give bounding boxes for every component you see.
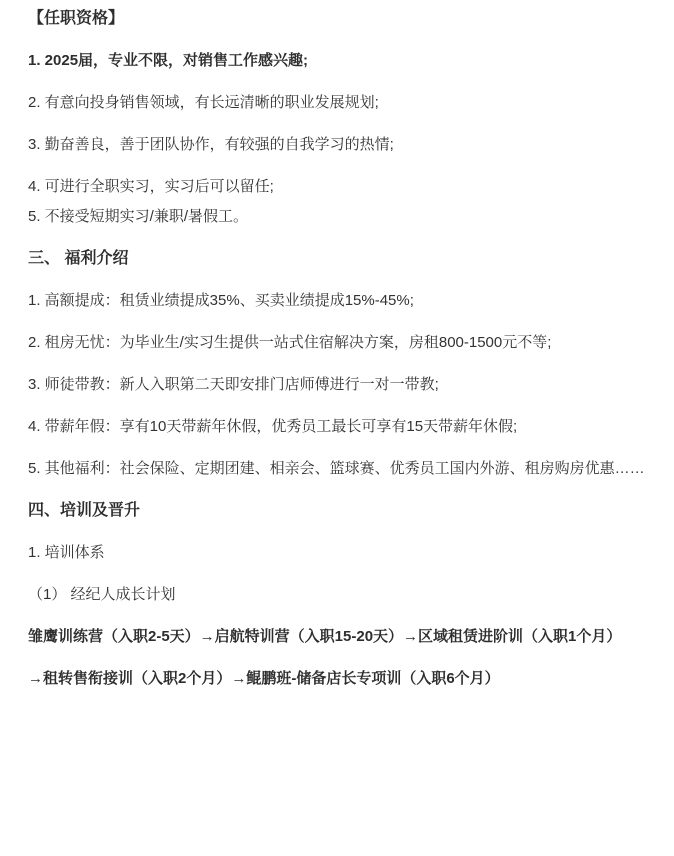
training-path-line-1: 雏鹰训练营（入职2-5天）→启航特训营（入职15-20天）→区域租赁进阶训（入职… xyxy=(28,622,650,652)
qualification-item-5: 5. 不接受短期实习/兼职/暑假工。 xyxy=(28,208,248,225)
qualifications-heading: 【任职资格】 xyxy=(28,4,650,34)
qualification-item-4: 4. 可进行全职实习，实习后可以留任; xyxy=(28,178,274,195)
qualification-items-4-5: 4. 可进行全职实习，实习后可以留任;5. 不接受短期实习/兼职/暑假工。 xyxy=(28,172,650,232)
benefit-item-5: 5. 其他福利：社会保险、定期团建、相亲会、篮球赛、优秀员工国内外游、租房购房优… xyxy=(28,454,650,484)
qualification-item-3: 3. 勤奋善良，善于团队协作，有较强的自我学习的热情; xyxy=(28,130,650,160)
training-heading: 四、培训及晋升 xyxy=(28,496,650,526)
training-item-2: （1） 经纪人成长计划 xyxy=(28,580,650,610)
benefit-item-1: 1. 高额提成：租赁业绩提成35%、买卖业绩提成15%-45%; xyxy=(28,286,650,316)
benefit-item-2: 2. 租房无忧：为毕业生/实习生提供一站式住宿解决方案，房租800-1500元不… xyxy=(28,328,650,358)
training-path-line-2: →租转售衔接训（入职2个月）→鲲鹏班-储备店长专项训（入职6个月） xyxy=(28,664,650,694)
qualification-item-1: 1. 2025届，专业不限，对销售工作感兴趣; xyxy=(28,46,650,76)
training-item-1: 1. 培训体系 xyxy=(28,538,650,568)
benefits-heading: 三、 福利介绍 xyxy=(28,244,650,274)
benefit-item-3: 3. 师徒带教：新人入职第二天即安排门店师傅进行一对一带教; xyxy=(28,370,650,400)
job-description-document: 【任职资格】 1. 2025届，专业不限，对销售工作感兴趣; 2. 有意向投身销… xyxy=(0,0,674,856)
benefit-item-4: 4. 带薪年假：享有10天带薪年休假，优秀员工最长可享有15天带薪年休假; xyxy=(28,412,650,442)
qualification-item-2: 2. 有意向投身销售领域，有长远清晰的职业发展规划; xyxy=(28,88,650,118)
